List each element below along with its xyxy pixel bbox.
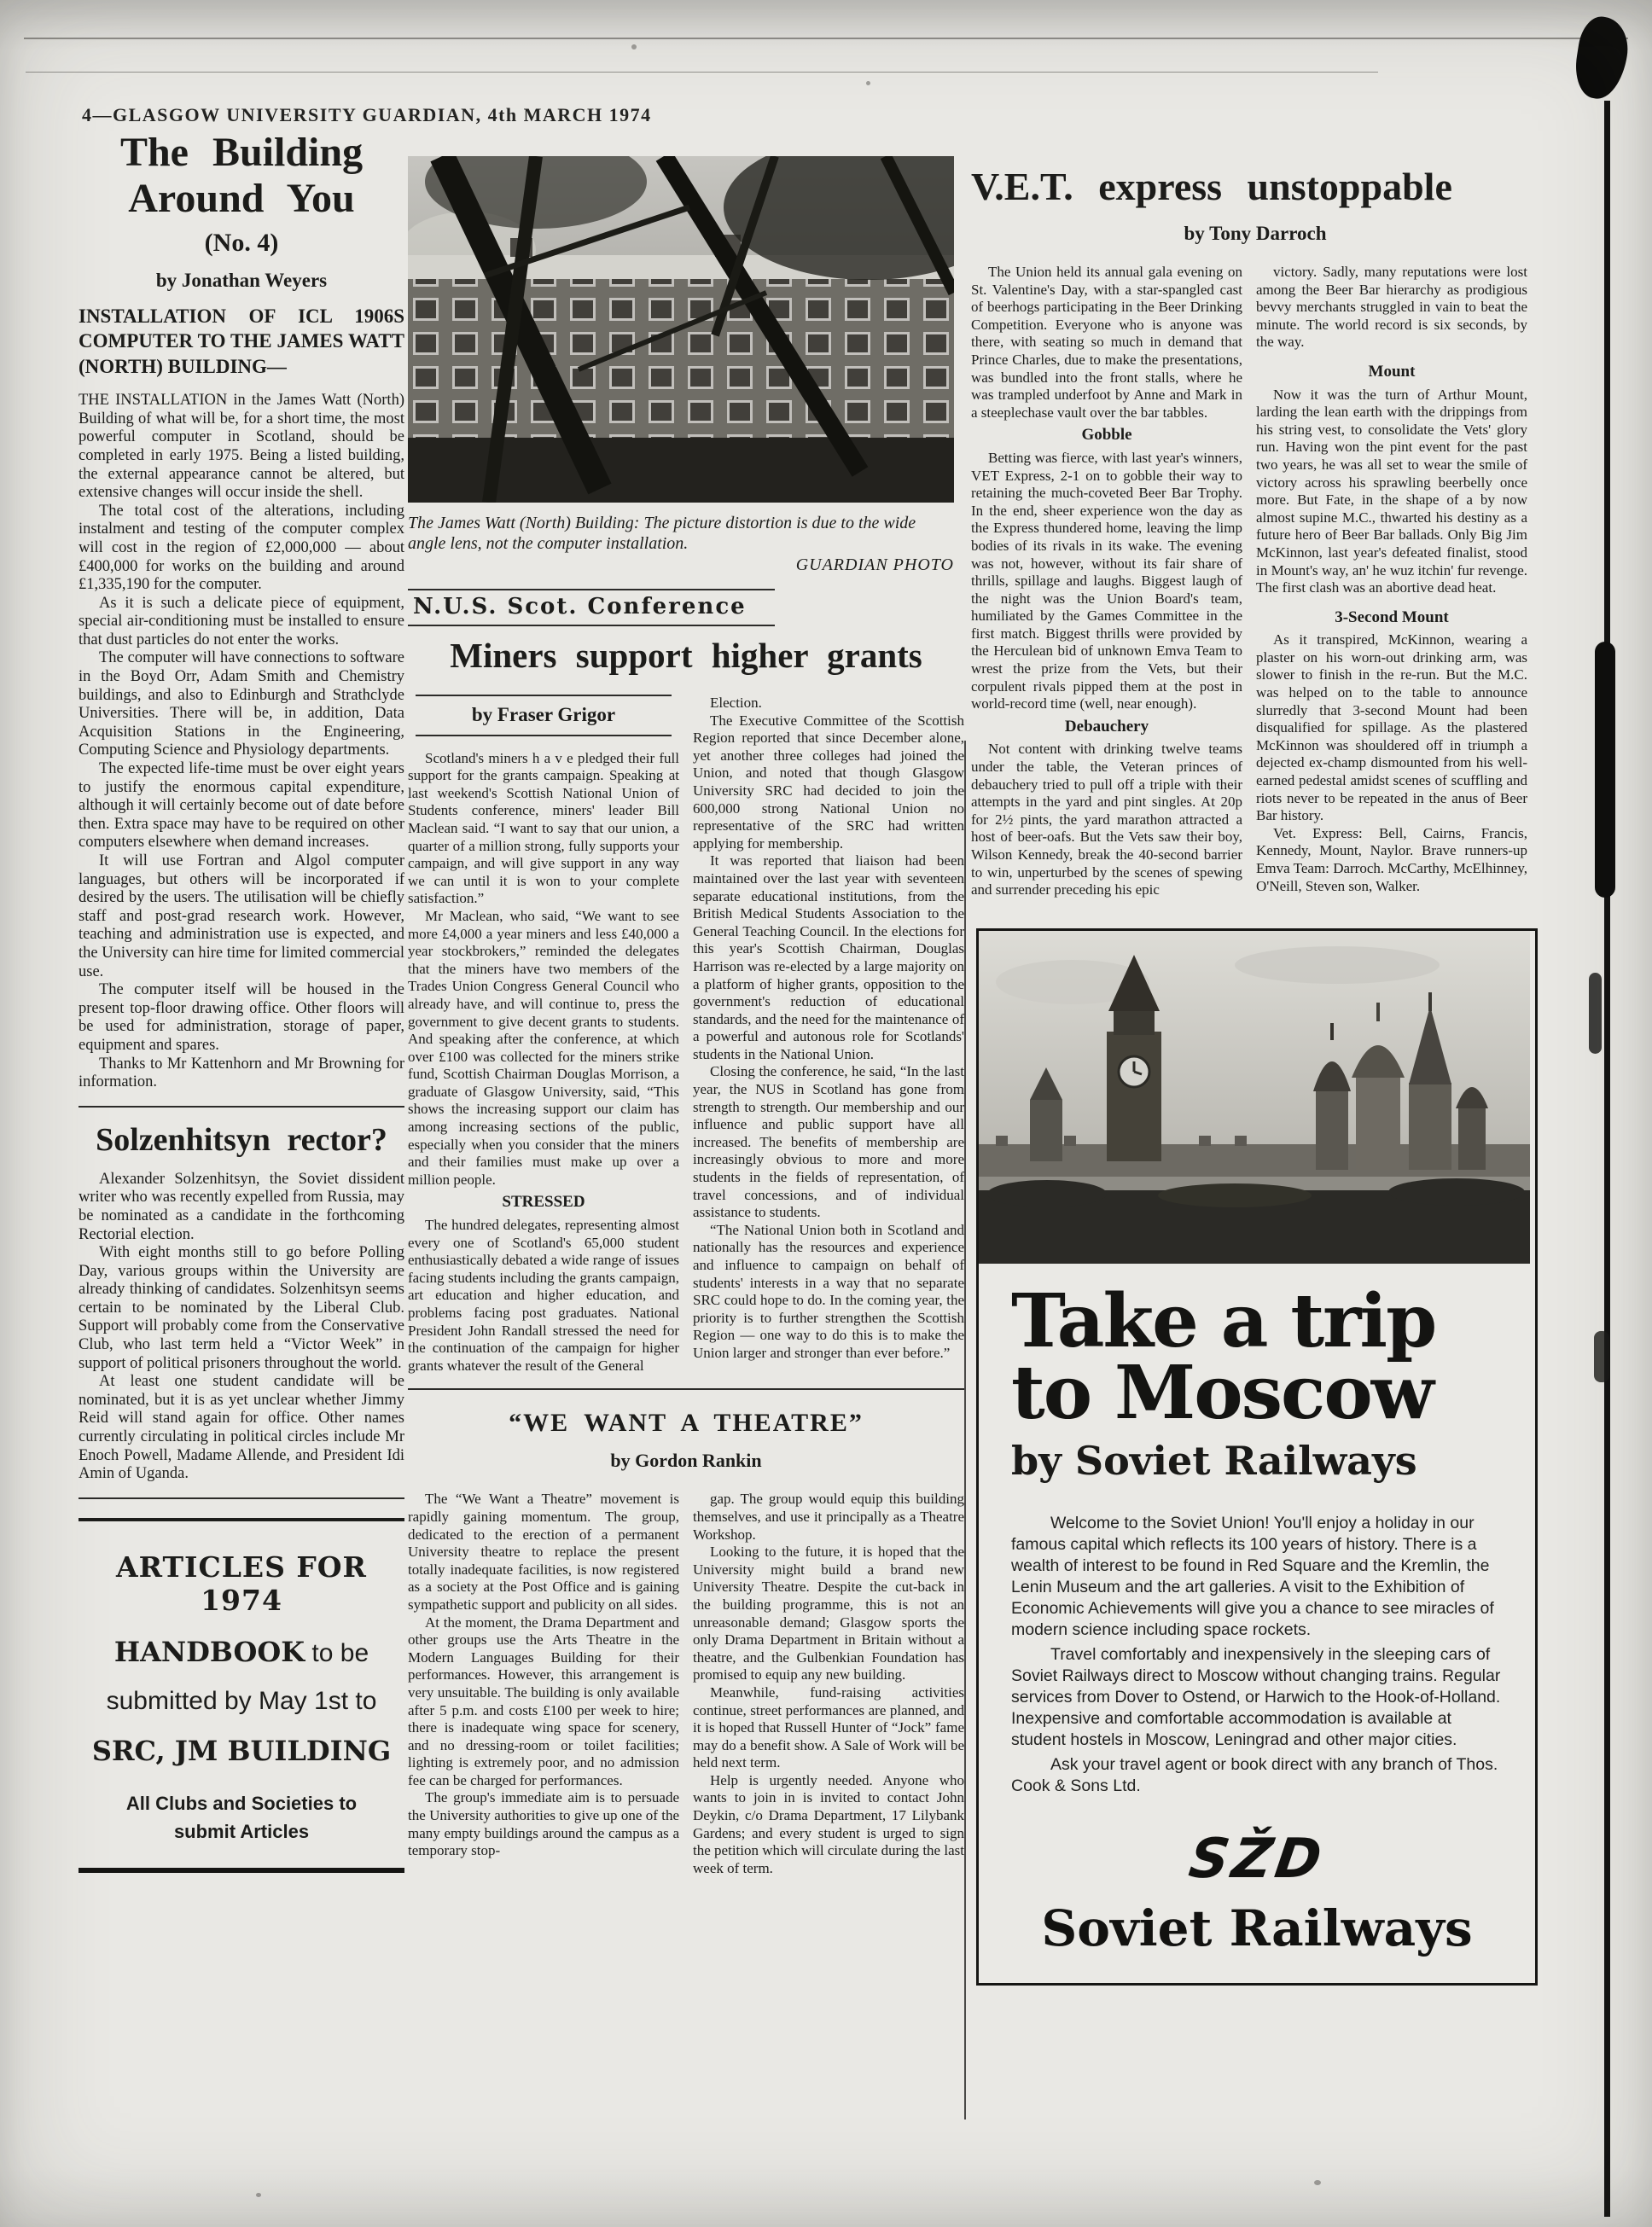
article-paragraph: Help is urgently needed. Anyone who want…: [693, 1772, 964, 1878]
column-separator: [964, 741, 966, 2119]
article-title-miners: Miners support higher grants: [408, 635, 964, 676]
moscow-advert: Take a trip to Moscow by Soviet Railways…: [976, 928, 1538, 1986]
article-title-building: The Building Around You: [79, 130, 404, 222]
article-title-theatre: “WE WANT A THEATRE”: [408, 1409, 964, 1438]
kicker-block: N.U.S. Scot. Conference: [408, 589, 775, 626]
soviet-railways-logo: SŽD: [1007, 1828, 1507, 1891]
divider: [408, 625, 775, 626]
divider: [408, 1388, 964, 1390]
article-paragraph: The Executive Committee of the Scottish …: [693, 712, 964, 853]
article-paragraph: THE INSTALLATION in the James Watt (Nort…: [79, 392, 404, 503]
article-paragraph: At least one student candidate will be n…: [79, 1373, 404, 1484]
scan-artifact: [1604, 101, 1610, 2217]
byline-theatre: by Gordon Rankin: [408, 1450, 964, 1472]
article-paragraph: At the moment, the Drama Department and …: [408, 1614, 679, 1790]
miners-column-1: by Fraser Grigor Scotland's miners h a v…: [408, 695, 679, 1375]
divider: [79, 1106, 404, 1108]
divider: [79, 1497, 404, 1499]
article-paragraph: victory. Sadly, many reputations were lo…: [1256, 264, 1527, 352]
section-subhead: STRESSED: [408, 1194, 679, 1212]
handbook-notice-box: ARTICLES FOR 1974 HANDBOOK to be submitt…: [79, 1518, 404, 1873]
moscow-photo: [979, 931, 1535, 1264]
byline-building: by Jonathan Weyers: [79, 270, 404, 292]
miners-columns: by Fraser Grigor Scotland's miners h a v…: [408, 695, 964, 1375]
article-paragraph: The hundred delegates, representing almo…: [408, 1217, 679, 1375]
article-paragraph: The computer will have connections to so…: [79, 649, 404, 760]
vet-column-2: victory. Sadly, many reputations were lo…: [1256, 264, 1527, 899]
article-paragraph: Looking to the future, it is hoped that …: [693, 1544, 964, 1684]
article-paragraph: Scotland's miners h a v e pledged their …: [408, 750, 679, 908]
article-paragraph: Election.: [693, 695, 964, 712]
article-title-vet: V.E.T. express unstoppable: [971, 164, 1539, 209]
article-paragraph: The “We Want a Theatre” movement is rapi…: [408, 1491, 679, 1614]
ad-paragraph: Travel comfortably and inexpensively in …: [1011, 1644, 1503, 1751]
miners-column-2: Election. The Executive Committee of the…: [693, 695, 964, 1375]
article-paragraph: It was reported that liaison had been ma…: [693, 852, 964, 1063]
masthead: 4—GLASGOW UNIVERSITY GUARDIAN, 4th MARCH…: [82, 104, 850, 126]
theatre-columns: The “We Want a Theatre” movement is rapi…: [408, 1491, 964, 1877]
scan-artifact: [1314, 2180, 1321, 2185]
scan-artifact: [1589, 973, 1602, 1054]
article-title-solzenhitsyn: Solzenhitsyn rector?: [79, 1121, 404, 1159]
divider: [26, 72, 1378, 73]
section-subhead: Gobble: [971, 427, 1242, 445]
handbook-line: ARTICLES FOR 1974: [82, 1550, 401, 1617]
handbook-line: HANDBOOK to be: [82, 1636, 401, 1668]
article-paragraph: It will use Fortran and Algol computer l…: [79, 852, 404, 981]
article-paragraph: As it is such a delicate piece of equipm…: [79, 595, 404, 650]
photo-caption: The James Watt (North) Building: The pic…: [408, 513, 954, 554]
article-number: (No. 4): [79, 229, 404, 258]
article-paragraph: With eight months still to go before Pol…: [79, 1244, 404, 1373]
article-paragraph: Now it was the turn of Arthur Mount, lar…: [1256, 387, 1527, 597]
article-subhead: INSTALLATION OF ICL 1906S COMPUTER TO TH…: [79, 304, 404, 381]
right-column: V.E.T. express unstoppable by Tony Darro…: [971, 164, 1539, 1986]
article-paragraph: Closing the conference, he said, “In the…: [693, 1063, 964, 1221]
scan-artifact: [631, 44, 637, 49]
scan-artifact: [256, 2193, 261, 2197]
divider: [24, 38, 1628, 39]
byline-miners: by Fraser Grigor: [416, 695, 672, 736]
article-paragraph: Betting was fierce, with last year's win…: [971, 450, 1242, 713]
moscow-ad-body: Take a trip to Moscow by Soviet Railways…: [979, 1264, 1535, 1984]
handbook-line: All Clubs and Societies to submit Articl…: [82, 1789, 401, 1846]
section-subhead: Debauchery: [971, 718, 1242, 736]
left-column: The Building Around You (No. 4) by Jonat…: [79, 130, 404, 1873]
article-paragraph: Alexander Solzenhitsyn, the Soviet dissi…: [79, 1171, 404, 1244]
vet-columns: The Union held its annual gala evening o…: [971, 264, 1539, 899]
ad-title: Take a trip to Moscow: [1011, 1286, 1503, 1430]
scan-artifact: [1594, 1331, 1609, 1382]
byline-vet: by Tony Darroch: [971, 223, 1539, 245]
article-paragraph: Mr Maclean, who said, “We want to see mo…: [408, 908, 679, 1189]
scan-artifact: [1595, 642, 1615, 898]
ad-copy: Welcome to the Soviet Union! You'll enjo…: [1011, 1513, 1503, 1797]
theatre-column-2: gap. The group would equip this building…: [693, 1491, 964, 1877]
article-paragraph: gap. The group would equip this building…: [693, 1491, 964, 1544]
center-column: The James Watt (North) Building: The pic…: [408, 156, 964, 1877]
theatre-column-1: The “We Want a Theatre” movement is rapi…: [408, 1491, 679, 1877]
handbook-line: SRC, JM BUILDING: [82, 1735, 401, 1767]
article-paragraph: Thanks to Mr Kattenhorn and Mr Browning …: [79, 1055, 404, 1092]
article-body-solzenhitsyn: Alexander Solzenhitsyn, the Soviet dissi…: [79, 1171, 404, 1484]
kicker: N.U.S. Scot. Conference: [408, 590, 775, 625]
article-paragraph: Meanwhile, fund-raising activities conti…: [693, 1684, 964, 1772]
article-paragraph: As it transpired, McKinnon, wearing a pl…: [1256, 631, 1527, 825]
section-subhead: Mount: [1256, 363, 1527, 381]
vet-column-1: The Union held its annual gala evening o…: [971, 264, 1242, 899]
handbook-line: submitted by May 1st to: [82, 1687, 401, 1716]
section-subhead: 3-Second Mount: [1256, 609, 1527, 627]
article-paragraph: The Union held its annual gala evening o…: [971, 264, 1242, 422]
article-body-building: THE INSTALLATION in the James Watt (Nort…: [79, 392, 404, 1092]
article-paragraph: The group's immediate aim is to persuade…: [408, 1789, 679, 1859]
ad-footer: Soviet Railways: [1011, 1899, 1503, 1957]
newspaper-page: 4—GLASGOW UNIVERSITY GUARDIAN, 4th MARCH…: [0, 0, 1652, 2227]
article-paragraph: The expected life-time must be over eigh…: [79, 760, 404, 852]
james-watt-building-photo: [408, 156, 954, 503]
photo-credit: GUARDIAN PHOTO: [408, 555, 954, 575]
ad-paragraph: Ask your travel agent or book direct wit…: [1011, 1754, 1503, 1797]
article-paragraph: The computer itself will be housed in th…: [79, 981, 404, 1055]
ad-subtitle: by Soviet Railways: [1011, 1438, 1503, 1484]
scan-artifact: [1571, 14, 1632, 102]
article-paragraph: Not content with drinking twelve teams u…: [971, 741, 1242, 898]
building-photo-graphic: [408, 156, 954, 503]
article-paragraph: “The National Union both in Scotland and…: [693, 1222, 964, 1363]
article-paragraph: The total cost of the alterations, inclu…: [79, 503, 404, 595]
scan-artifact: [866, 81, 870, 85]
article-paragraph: Vet. Express: Bell, Cairns, Francis, Ken…: [1256, 825, 1527, 895]
moscow-photo-graphic: [979, 931, 1530, 1264]
ad-paragraph: Welcome to the Soviet Union! You'll enjo…: [1011, 1513, 1503, 1641]
